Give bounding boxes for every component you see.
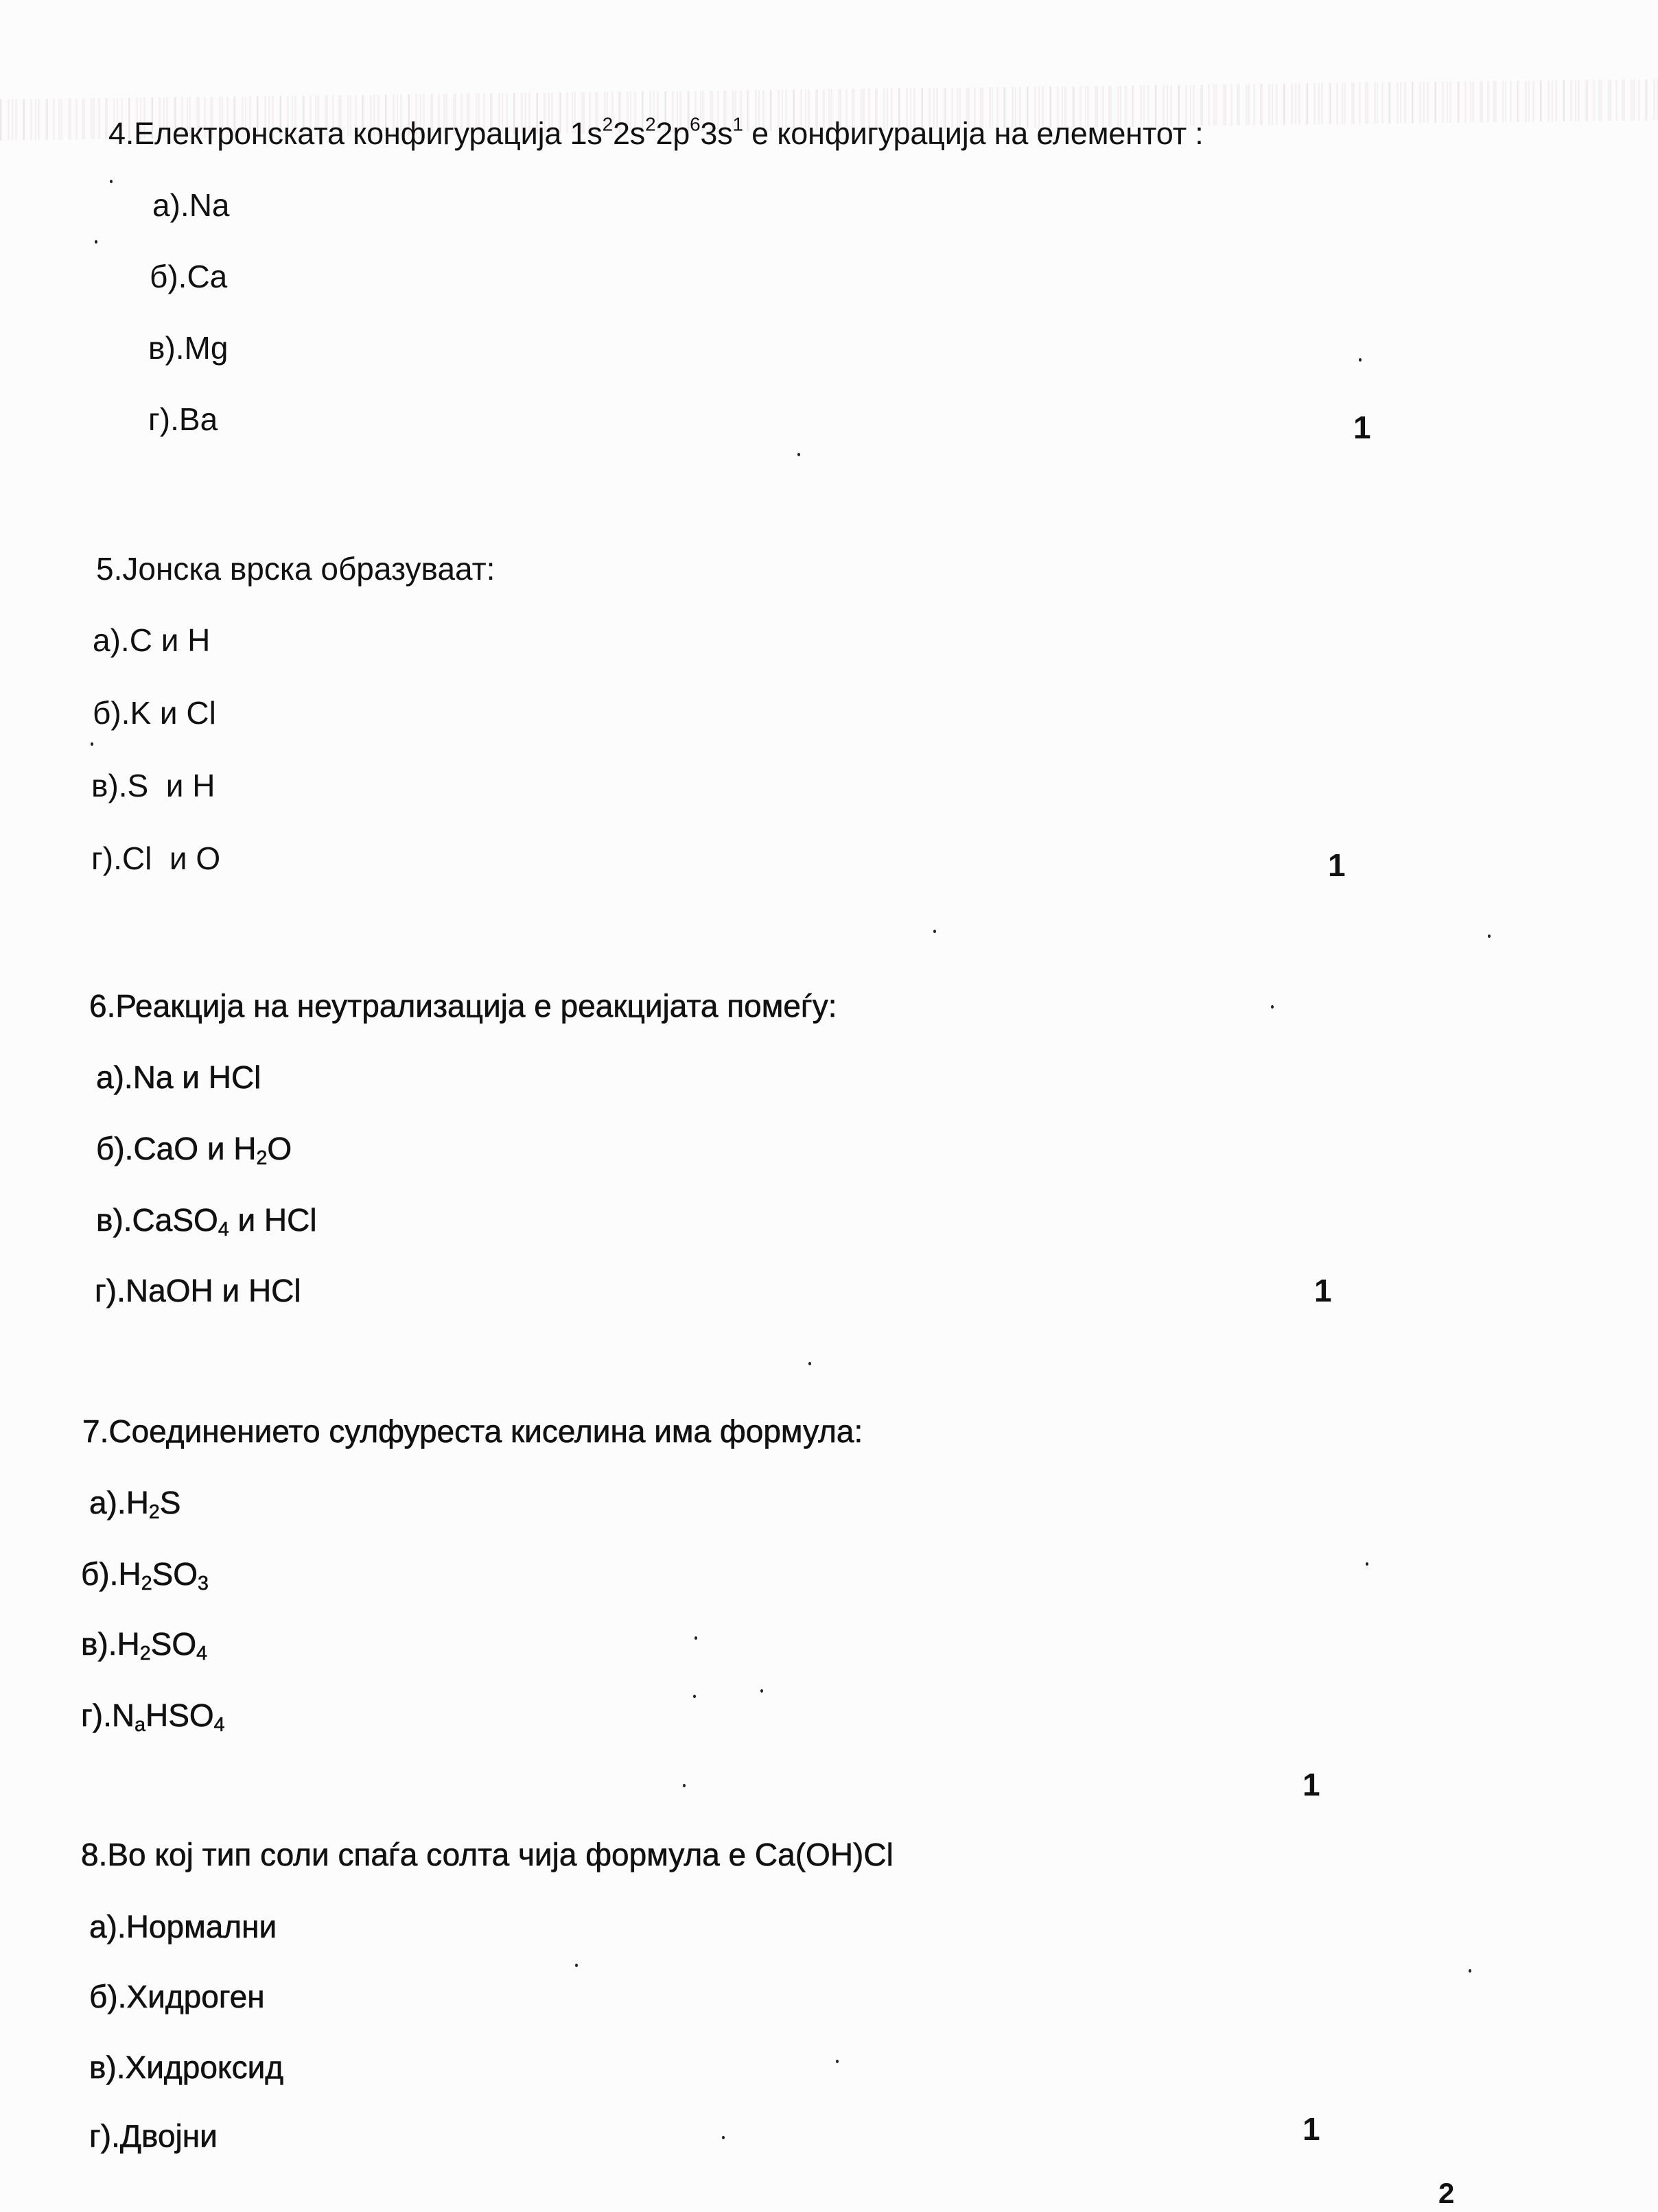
question-8-option-b[interactable]: б).Хидроген <box>89 1981 265 2012</box>
question-8-heading: 8.Во кој тип соли спаѓа солта чија форму… <box>81 1839 894 1870</box>
option-label: в). <box>81 1626 117 1662</box>
scan-speck <box>95 240 97 244</box>
formula-text: N <box>112 1697 135 1733</box>
question-6-points: 1 <box>1314 1275 1332 1306</box>
question-4-option-d[interactable]: г).Ba <box>148 403 218 435</box>
formula-text: NaOH и HCl <box>126 1273 301 1308</box>
scan-speck <box>1271 1005 1274 1009</box>
question-4-option-a[interactable]: а).Na <box>152 189 230 221</box>
formula-text: H <box>126 1485 149 1520</box>
question-7-option-d[interactable]: г).NaHSO4 <box>81 1699 225 1731</box>
option-label: а). <box>96 1059 133 1095</box>
scan-speck <box>91 742 93 746</box>
question-5-points: 1 <box>1328 849 1346 881</box>
question-8-option-d[interactable]: г).Двојни <box>89 2120 218 2152</box>
option-label: а). <box>89 1485 126 1520</box>
scan-speck <box>694 1636 697 1640</box>
formula-subscript: 2 <box>141 1573 152 1595</box>
scan-speck <box>1469 1969 1471 1973</box>
question-6-option-c[interactable]: в).CaSO4 и HCl <box>96 1204 317 1236</box>
question-6-heading: 6.Реакција на неутрализација е реакцијат… <box>89 990 837 1022</box>
question-5-option-c[interactable]: в).S и H <box>91 770 215 801</box>
scan-speck <box>1366 1562 1368 1566</box>
option-label: б). <box>96 1131 133 1166</box>
formula-subscript: 2 <box>257 1147 268 1169</box>
scan-speck <box>1488 934 1491 938</box>
formula-text: H <box>118 1556 141 1592</box>
formula-subscript: 4 <box>218 1219 229 1240</box>
question-7-option-a[interactable]: а).H2S <box>89 1487 180 1518</box>
scan-speck <box>933 930 936 933</box>
electron-config: 1s22s22p63s1 <box>570 116 743 151</box>
formula-subscript: a <box>135 1714 145 1736</box>
question-8-option-a[interactable]: а).Нормални <box>89 1911 277 1942</box>
scan-speck <box>1359 358 1362 362</box>
question-6-option-d[interactable]: г).NaOH и HCl <box>95 1275 301 1306</box>
scan-speck <box>575 1964 578 1967</box>
question-4-suffix: е конфигурација на елементот : <box>743 116 1204 151</box>
question-5-option-d[interactable]: г).Cl и O <box>91 843 220 874</box>
scan-speck <box>808 1362 811 1365</box>
question-7-option-b[interactable]: б).H2SO3 <box>81 1558 209 1590</box>
option-label: г). <box>81 1697 112 1733</box>
option-label: б). <box>81 1556 118 1592</box>
question-5-heading: 5.Јонска врска образуваат: <box>96 553 495 585</box>
formula-text: SO <box>152 1556 198 1592</box>
question-8-option-c[interactable]: в).Хидроксид <box>89 2051 283 2083</box>
option-label: г). <box>95 1273 126 1308</box>
scan-speck <box>836 2060 839 2063</box>
scan-speck <box>722 2136 725 2139</box>
question-4-points: 1 <box>1353 412 1371 443</box>
question-7-option-c[interactable]: в).H2SO4 <box>81 1628 207 1660</box>
question-4-option-b[interactable]: б).Ca <box>150 261 227 292</box>
question-8-points: 1 <box>1303 2113 1320 2145</box>
scan-speck <box>110 180 113 183</box>
formula-text: CaSO <box>132 1202 218 1238</box>
formula-text: Na и HCl <box>133 1059 261 1095</box>
question-7-points: 1 <box>1303 1769 1320 1800</box>
question-6-option-a[interactable]: а).Na и HCl <box>96 1061 261 1093</box>
question-4-option-c[interactable]: в).Mg <box>148 332 228 364</box>
question-6-option-b[interactable]: б).CaO и H2O <box>96 1133 292 1164</box>
formula-subscript: 4 <box>196 1643 207 1664</box>
question-4-prefix: 4.Електронската конфигурација <box>108 116 570 151</box>
question-5-option-a[interactable]: а).C и H <box>93 624 210 656</box>
formula-text: CaO и H <box>133 1131 256 1166</box>
formula-text: и HCl <box>229 1202 317 1238</box>
formula-text: H <box>117 1626 140 1662</box>
formula-subscript: 3 <box>198 1573 209 1595</box>
question-5-option-b[interactable]: б).K и Cl <box>93 697 216 729</box>
formula-subscript: 2 <box>149 1501 160 1523</box>
scan-speck <box>693 1695 696 1698</box>
formula-text: HSO <box>145 1697 214 1733</box>
formula-text: SO <box>151 1626 196 1662</box>
question-4-heading: 4.Електронската конфигурација 1s22s22p63… <box>108 118 1204 149</box>
option-label: в). <box>96 1202 132 1238</box>
formula-subscript: 4 <box>214 1714 225 1736</box>
formula-text: O <box>267 1131 292 1166</box>
formula-subscript: 2 <box>140 1643 151 1664</box>
scan-speck <box>683 1784 686 1787</box>
formula-text: S <box>160 1485 181 1520</box>
scan-speck <box>760 1689 763 1693</box>
question-7-heading: 7.Соединението сулфуреста киселина има ф… <box>82 1415 863 1447</box>
page-number: 2 <box>1438 2179 1454 2208</box>
scan-speck <box>797 453 800 456</box>
